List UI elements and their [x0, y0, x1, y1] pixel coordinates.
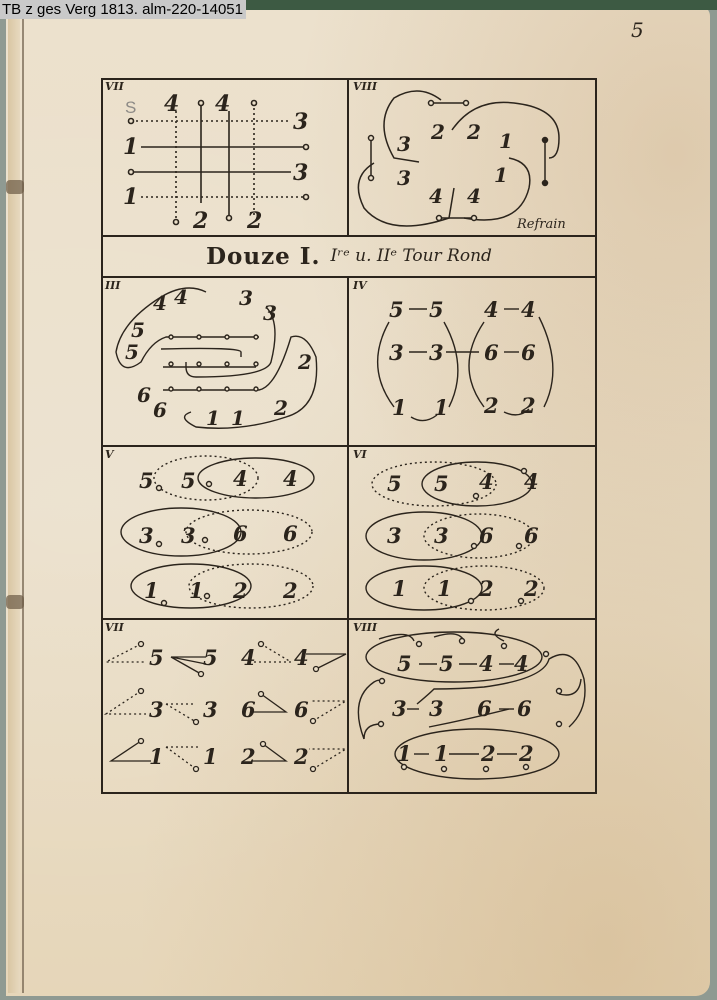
svg-text:5: 5	[397, 651, 412, 676]
binding-stitch	[6, 595, 24, 609]
figure-iv: IV 55 44 33 66 11 22	[349, 277, 595, 445]
svg-text:4: 4	[283, 466, 298, 491]
svg-text:5: 5	[429, 297, 444, 322]
svg-text:1: 1	[392, 576, 407, 601]
svg-text:3: 3	[387, 523, 402, 548]
figure-iii: III 44 33 55 2 66 112	[101, 277, 347, 445]
svg-text:6: 6	[517, 696, 532, 721]
svg-text:2: 2	[523, 576, 539, 601]
svg-text:1: 1	[499, 129, 513, 153]
figure-number: IV	[353, 279, 367, 292]
binding-stitch	[6, 180, 24, 194]
svg-text:6: 6	[479, 523, 494, 548]
figure-diagram: 55 44 33 66 11 22	[349, 277, 595, 445]
svg-text:4: 4	[479, 469, 494, 494]
svg-text:4: 4	[524, 469, 539, 494]
svg-text:6: 6	[283, 521, 298, 546]
svg-text:3: 3	[429, 696, 444, 721]
svg-text:2: 2	[293, 744, 309, 769]
svg-text:3: 3	[181, 523, 196, 548]
svg-text:1: 1	[123, 134, 138, 160]
svg-text:2: 2	[466, 120, 481, 144]
figure-number: VIII	[353, 621, 377, 634]
figure-vii-grid: VII S 44 31 31 22	[101, 78, 347, 235]
svg-text:2: 2	[246, 208, 262, 234]
svg-text:2: 2	[273, 396, 288, 420]
svg-text:4: 4	[521, 297, 536, 322]
svg-text:5: 5	[131, 318, 145, 342]
title-main: Douze I.	[206, 243, 320, 270]
svg-text:5: 5	[181, 468, 196, 493]
image-id-label: TB z ges Verg 1813. alm-220-14051	[0, 0, 246, 19]
figure-number: III	[105, 279, 120, 292]
svg-text:3: 3	[139, 523, 154, 548]
figure-number: VI	[353, 448, 367, 461]
svg-text:6: 6	[524, 523, 539, 548]
svg-text:2: 2	[480, 741, 496, 766]
figure-number: VIII	[353, 80, 377, 93]
svg-text:1: 1	[144, 578, 159, 603]
figure-diagram: 44 31 31 22	[101, 78, 347, 235]
svg-text:2: 2	[483, 393, 499, 418]
svg-text:4: 4	[514, 651, 529, 676]
svg-text:4: 4	[241, 645, 256, 670]
title-sub: Iʳᵉ u. IIᵉ Tour Rond	[331, 246, 492, 266]
svg-text:3: 3	[239, 286, 253, 310]
svg-text:3: 3	[429, 340, 444, 365]
refrain-caption: Refrain	[516, 217, 566, 232]
svg-text:1: 1	[203, 744, 218, 769]
svg-text:4: 4	[479, 651, 494, 676]
svg-text:2: 2	[282, 578, 298, 603]
svg-text:5: 5	[434, 471, 449, 496]
svg-text:5: 5	[389, 297, 404, 322]
svg-text:2: 2	[520, 393, 536, 418]
svg-text:2: 2	[297, 350, 312, 374]
svg-text:1: 1	[206, 406, 220, 430]
figure-viii-refrain: VIII 22 33 11 44 Refrain	[349, 78, 595, 235]
svg-text:6: 6	[153, 398, 167, 422]
svg-text:4: 4	[215, 91, 230, 117]
svg-text:1: 1	[231, 406, 245, 430]
figure-number: VII	[105, 80, 124, 93]
svg-text:5: 5	[387, 471, 402, 496]
section-title: Douze I. Iʳᵉ u. IIᵉ Tour Rond	[101, 236, 597, 276]
figure-viii-loops: VIII 55 4	[349, 619, 595, 794]
svg-text:4: 4	[164, 91, 179, 117]
svg-text:2: 2	[430, 120, 445, 144]
svg-text:5: 5	[203, 645, 218, 670]
svg-text:2: 2	[240, 744, 256, 769]
figure-vi: VI 55 44 33 66 11 22	[349, 446, 595, 618]
cover-edge	[240, 0, 717, 10]
marker-s: S	[125, 98, 136, 118]
figure-diagram: 55 44 33 66 11 22	[349, 446, 595, 618]
svg-text:3: 3	[392, 696, 407, 721]
svg-text:1: 1	[434, 741, 449, 766]
svg-text:4: 4	[429, 184, 443, 208]
svg-text:1: 1	[397, 741, 412, 766]
figure-vii-triangles: VII 55	[101, 619, 347, 794]
svg-text:4: 4	[233, 466, 248, 491]
svg-text:2: 2	[192, 208, 208, 234]
svg-text:3: 3	[389, 340, 404, 365]
svg-text:6: 6	[484, 340, 499, 365]
spine-shadow	[8, 18, 20, 993]
svg-text:3: 3	[293, 109, 308, 135]
svg-text:3: 3	[397, 132, 411, 156]
svg-text:4: 4	[484, 297, 499, 322]
svg-text:6: 6	[294, 697, 309, 722]
figure-v: V 55 44 33 66 11 22	[101, 446, 347, 618]
figure-number: VII	[105, 621, 124, 634]
svg-text:2: 2	[478, 576, 494, 601]
svg-text:1: 1	[149, 744, 164, 769]
svg-text:2: 2	[518, 741, 534, 766]
svg-text:3: 3	[434, 523, 449, 548]
page-number: 5	[631, 18, 644, 42]
svg-text:4: 4	[174, 285, 188, 309]
svg-text:6: 6	[477, 696, 492, 721]
spine-line	[22, 18, 24, 993]
svg-text:3: 3	[293, 160, 308, 186]
svg-text:3: 3	[263, 301, 277, 325]
svg-text:3: 3	[149, 697, 164, 722]
figure-diagram: 55 44 33 66 11 22	[101, 446, 347, 618]
svg-text:5: 5	[125, 340, 139, 364]
svg-text:6: 6	[241, 697, 256, 722]
svg-text:2: 2	[232, 578, 248, 603]
svg-text:6: 6	[137, 383, 151, 407]
svg-text:4: 4	[467, 184, 481, 208]
svg-text:1: 1	[434, 395, 449, 420]
svg-text:4: 4	[153, 291, 167, 315]
svg-text:1: 1	[437, 576, 452, 601]
svg-text:1: 1	[494, 163, 508, 187]
svg-text:5: 5	[149, 645, 164, 670]
svg-text:5: 5	[439, 651, 454, 676]
svg-text:3: 3	[397, 166, 411, 190]
svg-text:1: 1	[392, 395, 407, 420]
svg-text:4: 4	[294, 645, 309, 670]
figure-diagram: 55 44 33 66 11 22	[349, 619, 595, 794]
figure-number: V	[105, 448, 114, 461]
svg-text:1: 1	[123, 184, 138, 210]
svg-text:3: 3	[203, 697, 218, 722]
figure-diagram: 55 44 33 66 11 22	[101, 619, 347, 794]
svg-text:1: 1	[189, 578, 204, 603]
svg-text:6: 6	[233, 521, 248, 546]
figure-diagram: 22 33 11 44 Refrain	[349, 78, 595, 235]
svg-text:5: 5	[139, 468, 154, 493]
svg-text:6: 6	[521, 340, 536, 365]
figure-diagram: 44 33 55 2 66 112	[101, 277, 347, 445]
